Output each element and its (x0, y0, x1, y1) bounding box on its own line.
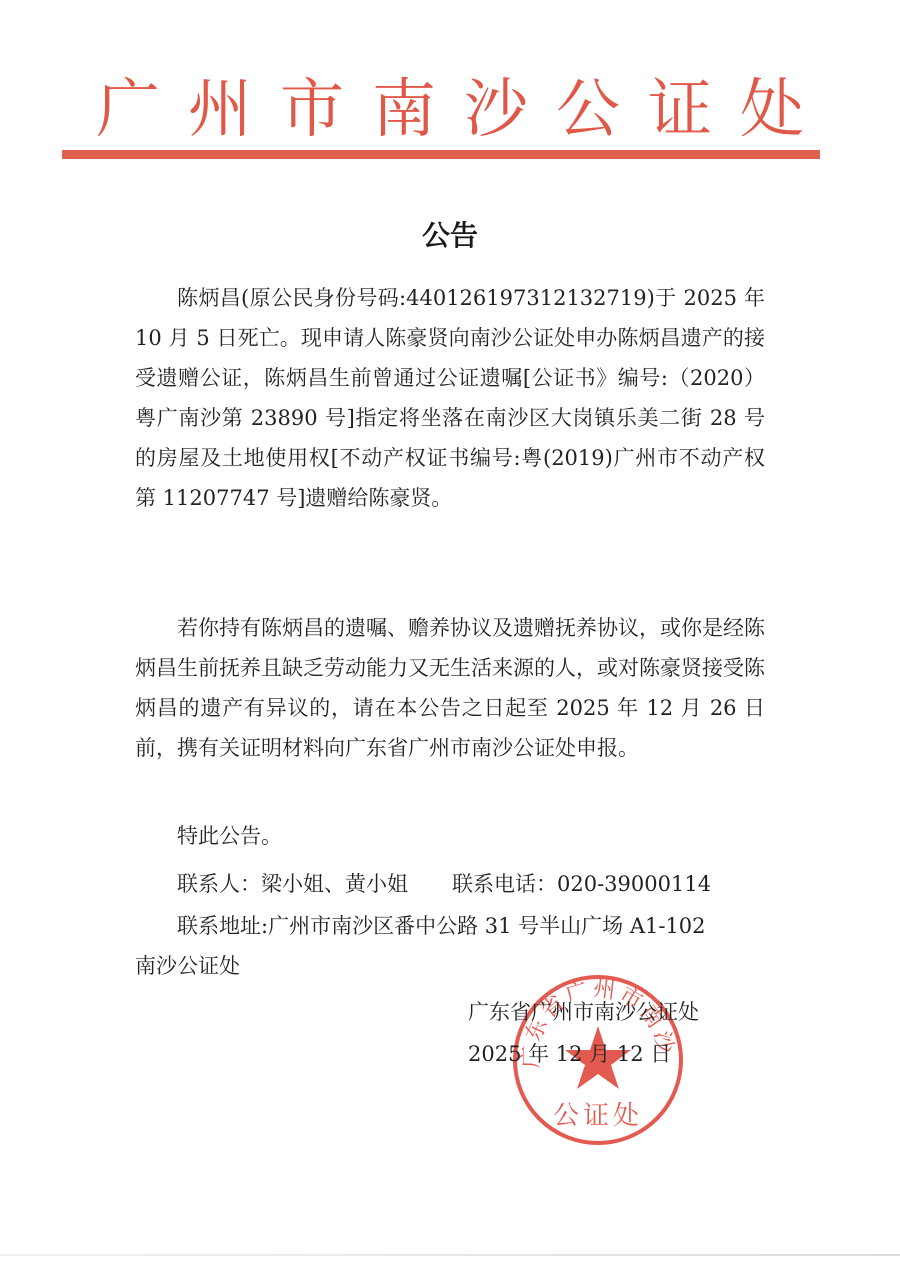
seal-inner-text: 公证处 (553, 1101, 643, 1131)
paragraph-text: 陈炳昌(原公民身份号码:440126197312132719)于 2025 年 … (135, 278, 765, 518)
notice-paragraph-1: 陈炳昌(原公民身份号码:440126197312132719)于 2025 年 … (135, 278, 765, 518)
letterhead-divider (62, 150, 820, 159)
letterhead-title: 广州市南沙公证处 (0, 70, 900, 150)
notice-paragraph-2: 若你持有陈炳昌的遗嘱、赡养协议及遗赠抚养协议，或你是经陈炳昌生前抚养且缺乏劳动能… (135, 608, 765, 768)
signature-date: 2025 年 12 月 12 日 (468, 1034, 788, 1074)
paragraph-text: 若你持有陈炳昌的遗嘱、赡养协议及遗赠抚养协议，或你是经陈炳昌生前抚养且缺乏劳动能… (135, 608, 765, 768)
closing-statement: 特此公告。 (135, 816, 817, 856)
signature-organization: 广东省广州市南沙公证处 (468, 992, 788, 1032)
contact-persons: 联系人：梁小姐、黄小姐 (177, 864, 408, 904)
contact-row: 联系人：梁小姐、黄小姐 联系电话：020-39000114 (135, 864, 817, 904)
contact-phone: 联系电话：020-39000114 (452, 864, 711, 904)
scan-page-edge (0, 1254, 900, 1256)
contact-address: 联系地址:广州市南沙区番中公路 31 号半山广场 A1-102 (135, 906, 817, 946)
notice-title: 公告 (0, 216, 900, 256)
